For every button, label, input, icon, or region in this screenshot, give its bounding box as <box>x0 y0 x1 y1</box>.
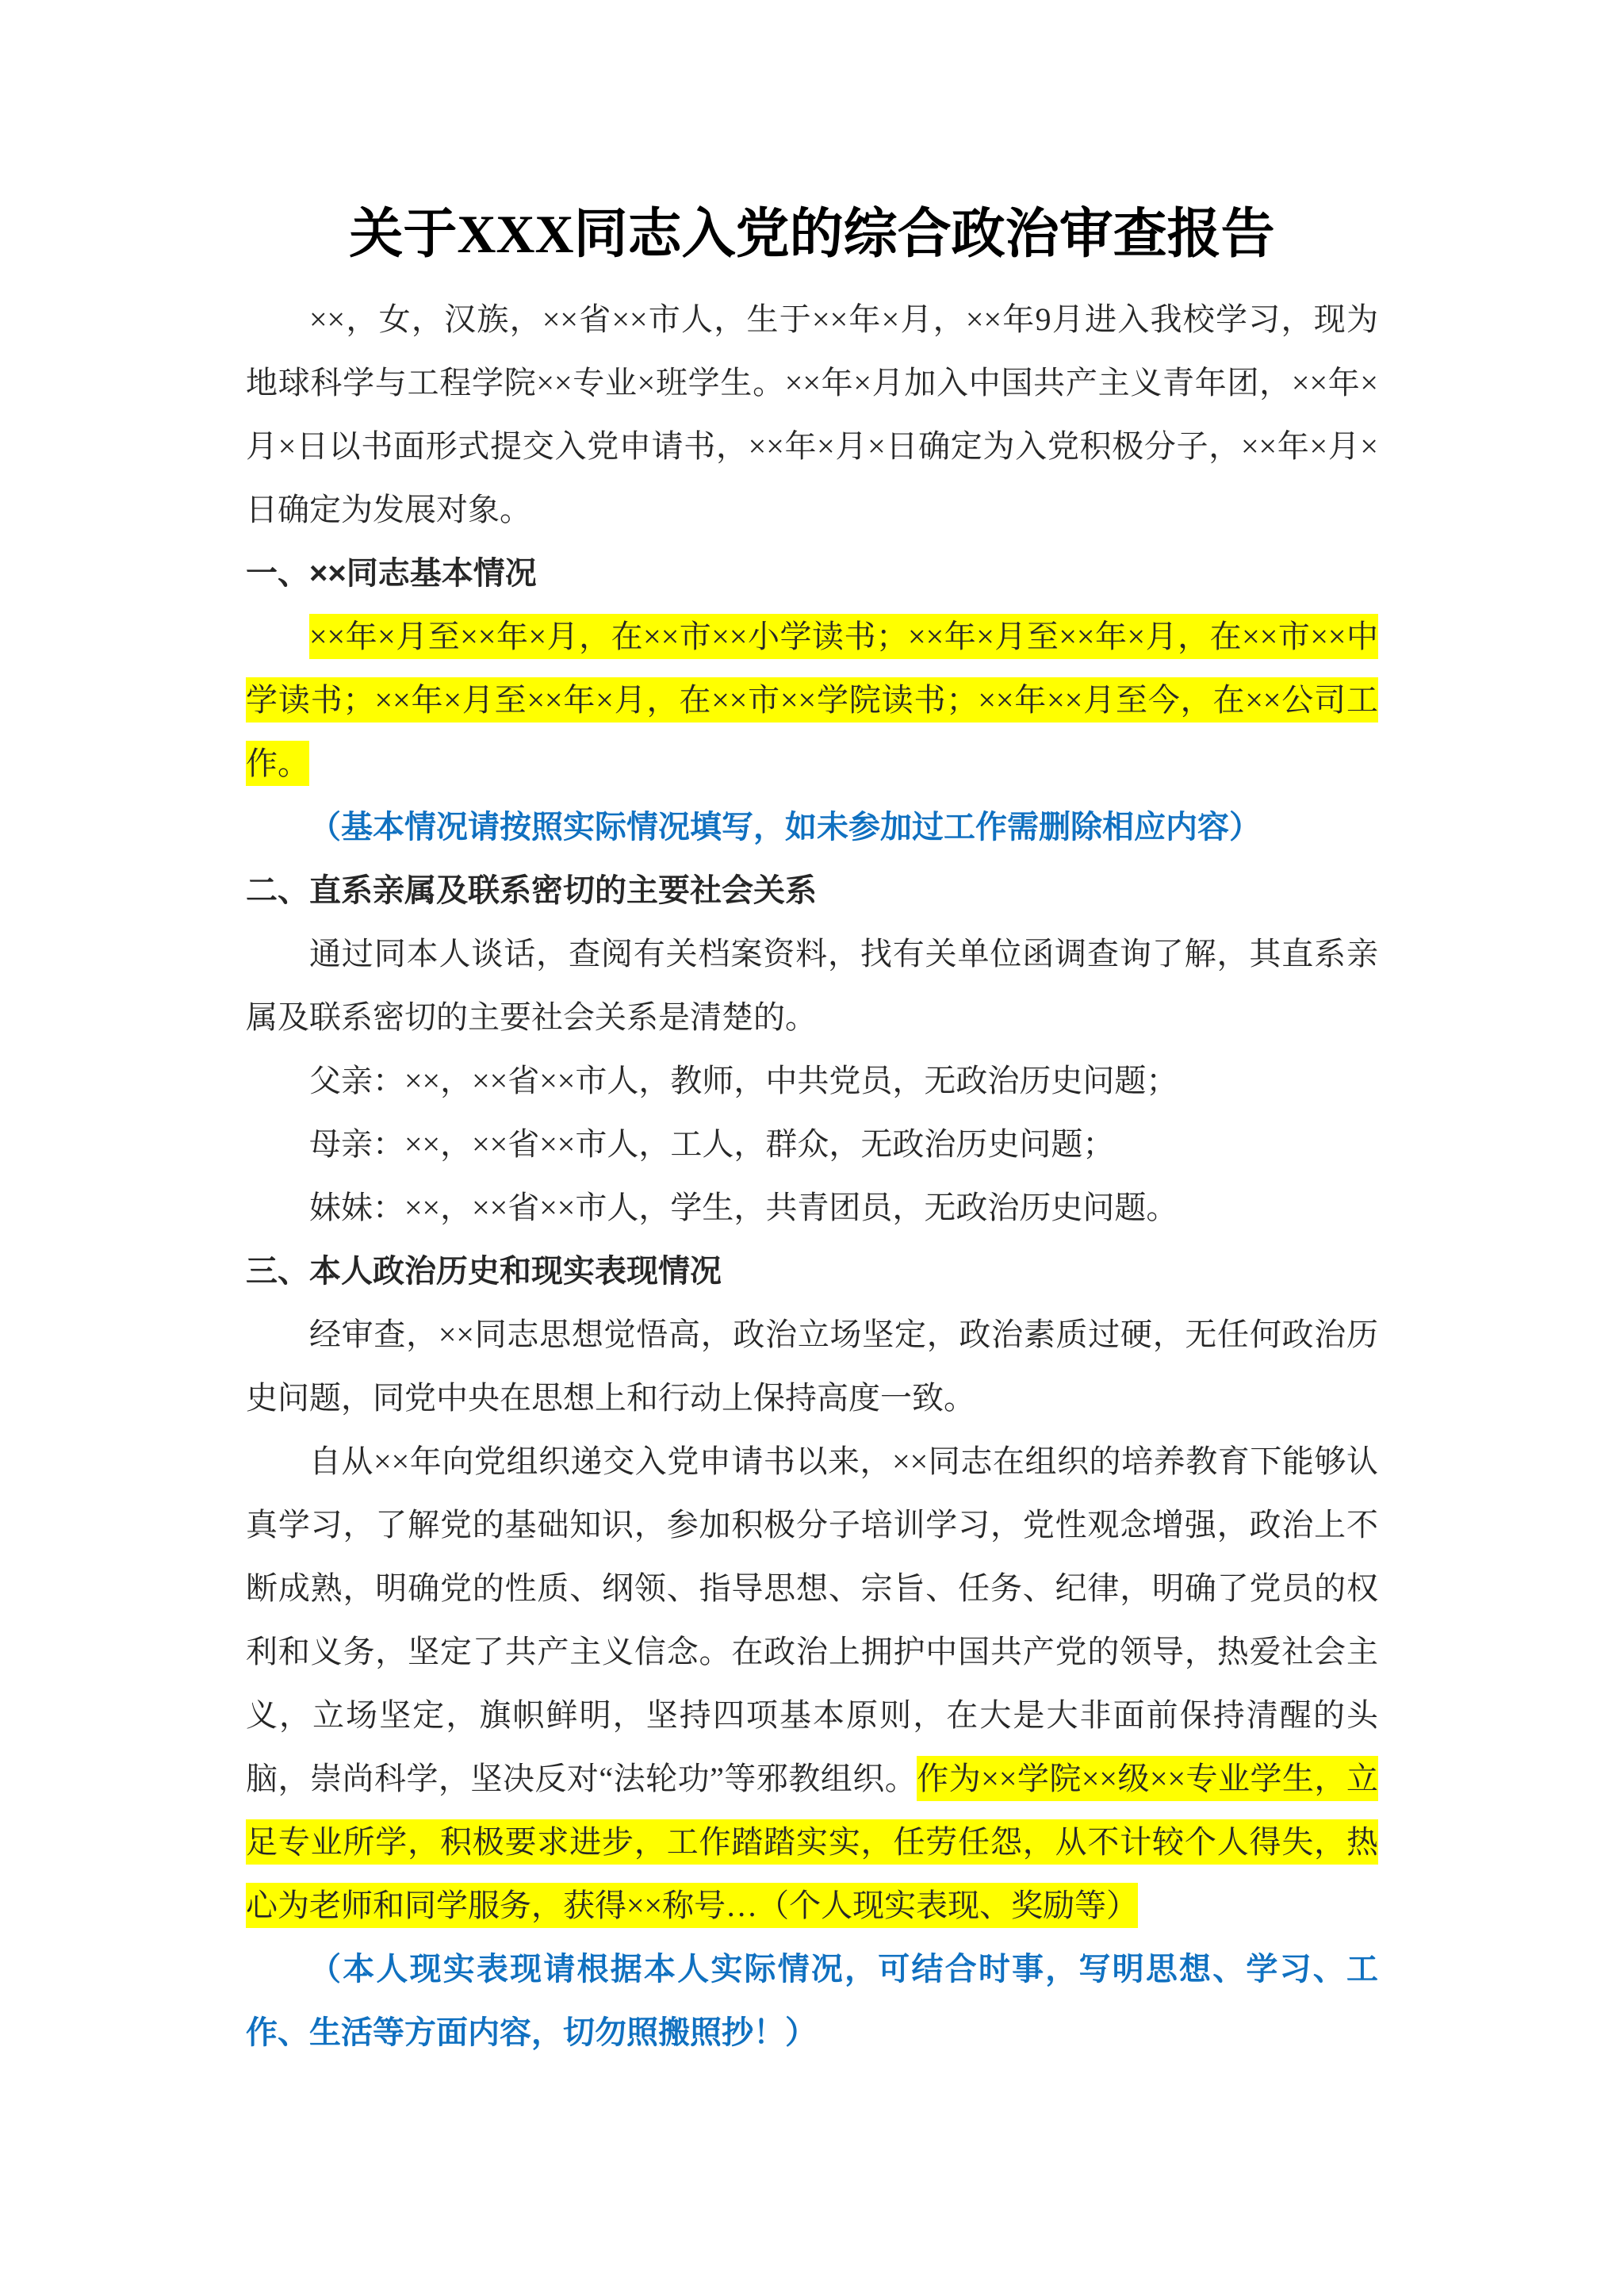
body-text-run: ××，女，汉族，××省××市人，生于××年×月，××年9月进入我校学习，现为地球… <box>246 301 1378 527</box>
body-text-run: 父亲：××，××省××市人，教师，中共党员，无政治历史问题； <box>309 1063 1178 1098</box>
paragraph: ××，女，汉族，××省××市人，生于××年×月，××年9月进入我校学习，现为地球… <box>246 288 1378 542</box>
body-text-run: 通过同本人谈话，查阅有关档案资料，找有关单位函调查询了解，其直系亲属及联系密切的… <box>246 936 1378 1035</box>
instruction-note-run: （本人现实表现请根据本人实际情况，可结合时事，写明思想、学习、工作、生活等方面内… <box>246 1951 1378 2050</box>
body-text-run: 母亲：××，××省××市人，工人，群众，无政治历史问题； <box>309 1126 1114 1162</box>
paragraph: 母亲：××，××省××市人，工人，群众，无政治历史问题； <box>246 1113 1378 1176</box>
body-text-run: 三、本人政治历史和现实表现情况 <box>246 1254 722 1289</box>
paragraph: 自从××年向党组织递交入党申请书以来，××同志在组织的培养教育下能够认真学习，了… <box>246 1430 1378 1938</box>
paragraph: （本人现实表现请根据本人实际情况，可结合时事，写明思想、学习、工作、生活等方面内… <box>246 1938 1378 2064</box>
paragraph: 经审查，××同志思想觉悟高，政治立场坚定，政治素质过硬，无任何政治历史问题，同党… <box>246 1303 1378 1430</box>
body-text-run: 一、××同志基本情况 <box>246 556 537 591</box>
section-heading: 三、本人政治历史和现实表现情况 <box>246 1240 1378 1303</box>
paragraph: 通过同本人谈话，查阅有关档案资料，找有关单位函调查询了解，其直系亲属及联系密切的… <box>246 922 1378 1049</box>
instruction-note-run: （基本情况请按照实际情况填写，如未参加过工作需删除相应内容） <box>309 809 1261 845</box>
body-text-run: 自从××年向党组织递交入党申请书以来，××同志在组织的培养教育下能够认真学习，了… <box>246 1443 1378 1796</box>
document-body: ××，女，汉族，××省××市人，生于××年×月，××年9月进入我校学习，现为地球… <box>246 288 1378 2064</box>
body-text-run: 经审查，××同志思想觉悟高，政治立场坚定，政治素质过硬，无任何政治历史问题，同党… <box>246 1317 1378 1416</box>
paragraph: （基本情况请按照实际情况填写，如未参加过工作需删除相应内容） <box>246 795 1378 859</box>
paragraph: ××年×月至××年×月，在××市××小学读书；××年×月至××年×月，在××市×… <box>246 605 1378 795</box>
body-text-run: 二、直系亲属及联系密切的主要社会关系 <box>246 873 817 908</box>
paragraph: 妹妹：××，××省××市人，学生，共青团员，无政治历史问题。 <box>246 1176 1378 1240</box>
body-text-run: 妹妹：××，××省××市人，学生，共青团员，无政治历史问题。 <box>309 1190 1178 1225</box>
highlighted-text-run: ××年×月至××年×月，在××市××小学读书；××年×月至××年×月，在××市×… <box>246 614 1378 786</box>
paragraph: 父亲：××，××省××市人，教师，中共党员，无政治历史问题； <box>246 1049 1378 1113</box>
document-title: 关于XXX同志入党的综合政治审查报告 <box>246 193 1378 275</box>
document-page: 关于XXX同志入党的综合政治审查报告 ××，女，汉族，××省××市人，生于××年… <box>0 0 1624 2296</box>
section-heading: 二、直系亲属及联系密切的主要社会关系 <box>246 859 1378 922</box>
section-heading: 一、××同志基本情况 <box>246 542 1378 605</box>
